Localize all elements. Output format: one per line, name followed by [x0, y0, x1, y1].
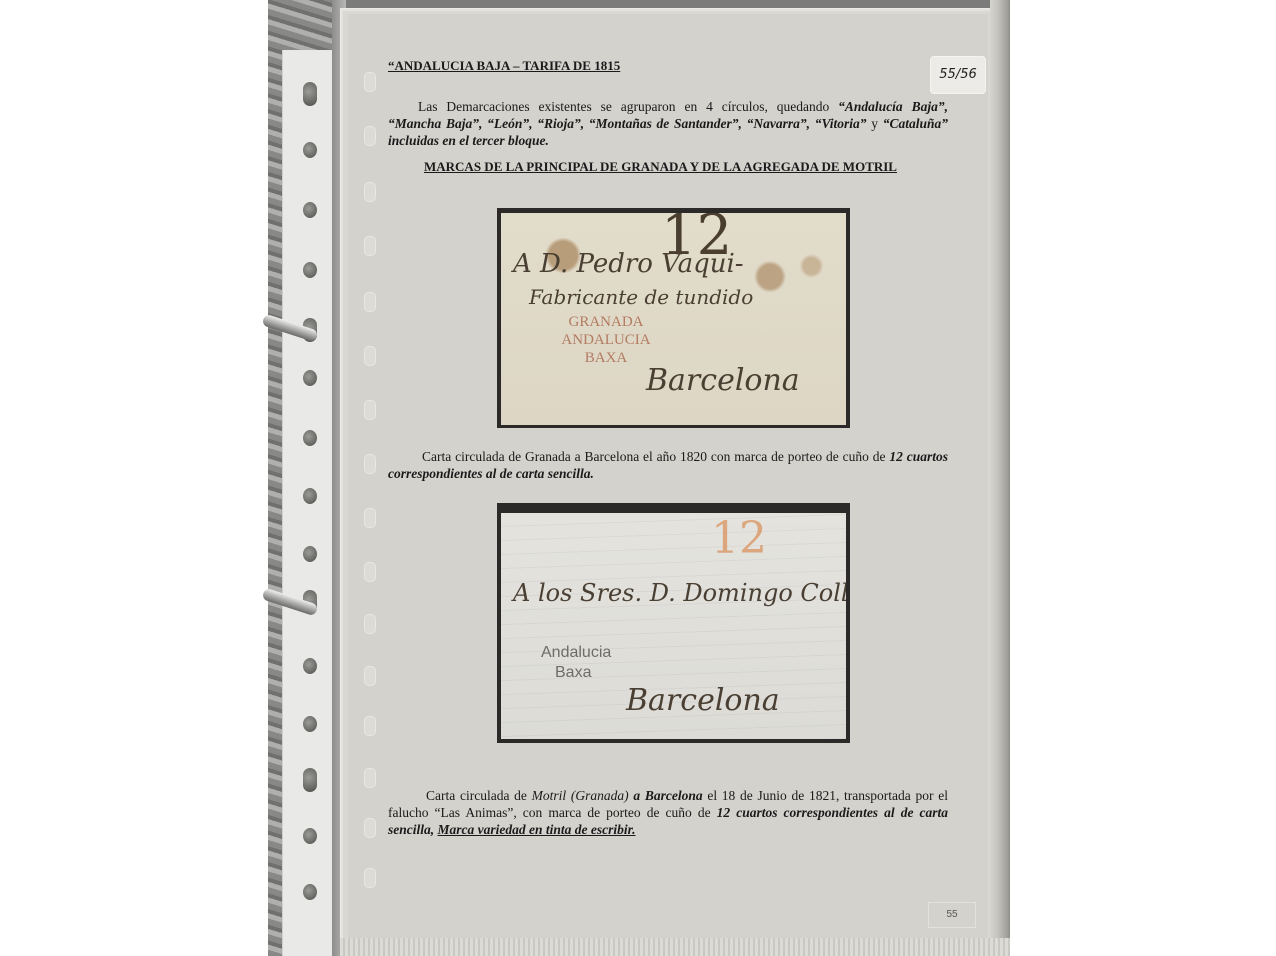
caption-letter-1: Carta circulada de Granada a Barcelona e… [388, 448, 948, 482]
sleeve-hole [364, 292, 376, 312]
punch-hole [303, 768, 317, 792]
faint-rate-mark: 12 [711, 513, 767, 564]
sleeve-hole [364, 400, 376, 420]
page-number: 55 [928, 902, 976, 928]
punch-hole [303, 488, 317, 504]
destination: Barcelona [626, 683, 780, 718]
postmark-line: BAXA [561, 349, 651, 367]
punch-hole [303, 716, 317, 732]
postmark-line: Baxa [541, 663, 611, 683]
sleeve-hole [364, 768, 376, 788]
sleeve-hole [364, 716, 376, 736]
sleeve-right-edge [990, 0, 1010, 956]
intro-text: y [867, 116, 883, 131]
granada-postmark: GRANADA ANDALUCIA BAXA [561, 313, 651, 367]
punched-binder-strip [282, 50, 334, 956]
punch-hole [303, 262, 317, 278]
sleeve-hole [364, 182, 376, 202]
punch-hole [303, 82, 317, 106]
sleeve-hole [364, 72, 376, 92]
cover-letter-2: 12 A los Sres. D. Domingo Coll y Cº Anda… [501, 513, 846, 739]
postmark-line: Andalucia [541, 643, 611, 663]
punch-hole [303, 202, 317, 218]
punch-hole [303, 828, 317, 844]
sleeve-hole [364, 454, 376, 474]
sleeve-hole [364, 126, 376, 146]
sleeve-bottom-edge [340, 938, 1010, 956]
punch-hole [303, 884, 317, 900]
caption-text: Carta circulada de [426, 788, 532, 803]
caption-text: Carta circulada de Granada a Barcelona e… [422, 449, 889, 464]
address-line: A D. Pedro Vaqui- [513, 249, 744, 279]
intro-text: Las Demarcaciones existentes se agruparo… [418, 99, 838, 114]
andalucia-baxa-mark: Andalucia Baxa [541, 643, 611, 683]
sleeve-hole [364, 614, 376, 634]
punch-hole [303, 546, 317, 562]
destination: Barcelona [646, 363, 800, 398]
punch-hole [303, 142, 317, 158]
caption-destination: a Barcelona [629, 788, 703, 803]
page-title: “ANDALUCIA BAJA – TARIFA DE 1815 [388, 58, 620, 74]
cover-letter-1: 12 A D. Pedro Vaqui- Fabricante de tundi… [501, 213, 846, 425]
punch-hole [303, 658, 317, 674]
intro-paragraph: Las Demarcaciones existentes se agruparo… [388, 98, 948, 149]
sleeve-hole [364, 508, 376, 528]
page-label-sticker: 55/56 [930, 56, 986, 94]
sleeve-hole [364, 818, 376, 838]
punch-hole [303, 430, 317, 446]
caption-letter-2: Carta circulada de Motril (Granada) a Ba… [388, 787, 948, 838]
postmark-line: ANDALUCIA [561, 331, 651, 349]
sleeve-hole [364, 666, 376, 686]
postmark-line: GRANADA [561, 313, 651, 331]
punch-hole [303, 370, 317, 386]
sleeve-hole [364, 868, 376, 888]
address-line: A los Sres. D. Domingo Coll y Cº [513, 579, 846, 607]
sleeve-hole [364, 346, 376, 366]
section-subheading: MARCAS DE LA PRINCIPAL DE GRANADA Y DE L… [424, 159, 897, 175]
sleeve-hole [364, 236, 376, 256]
caption-variety-note: Marca variedad en tinta de escribir. [438, 822, 636, 837]
address-line: Fabricante de tundido [529, 285, 753, 309]
caption-origin: Motril (Granada) [532, 788, 629, 803]
sleeve-hole [364, 562, 376, 582]
